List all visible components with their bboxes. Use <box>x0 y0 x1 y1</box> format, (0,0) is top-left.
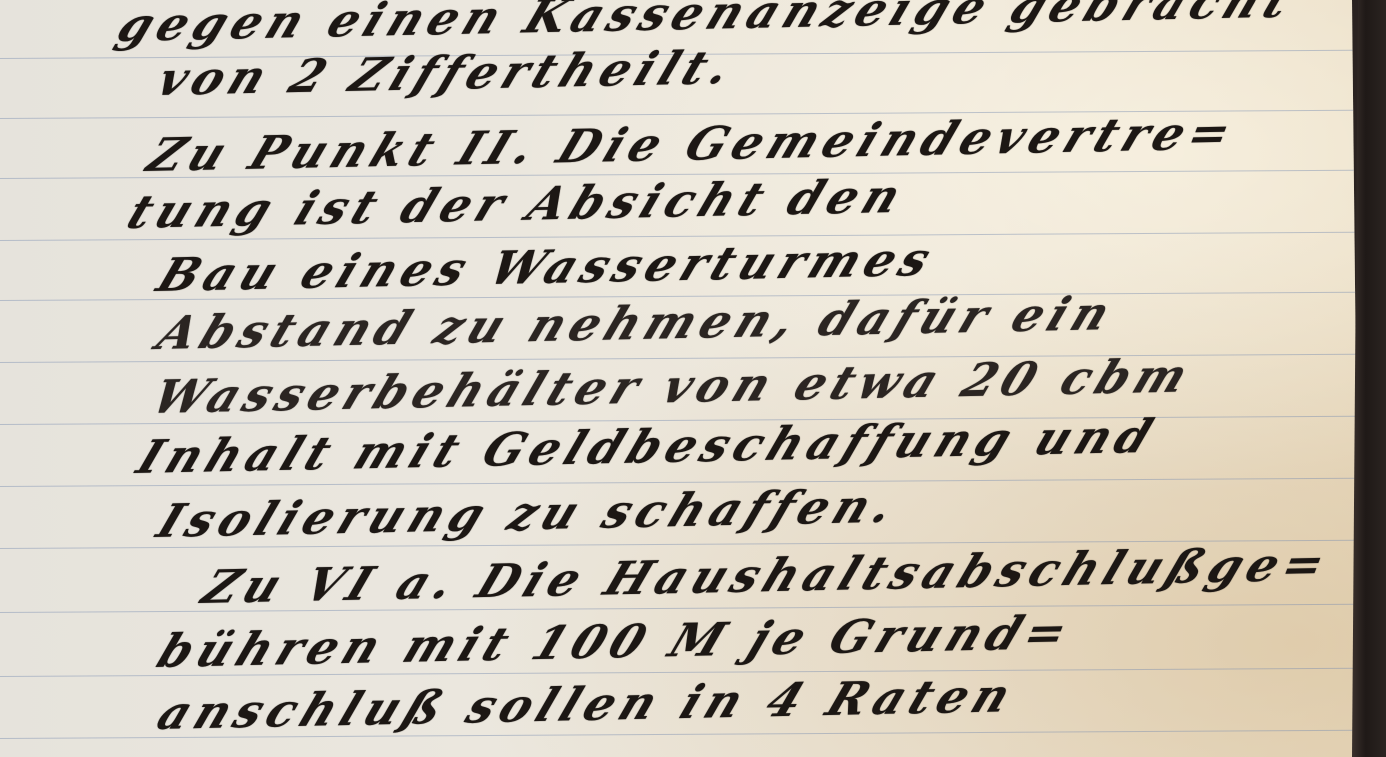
handwritten-line-2: von 2 Ziffertheilt. <box>150 40 745 106</box>
book-edge-background <box>1352 0 1386 757</box>
notebook-page: gegen einen Kassenanzeige gebracht von 2… <box>0 0 1360 757</box>
handwritten-line-11: bühren mit 100 M je Grund= <box>150 605 1082 678</box>
handwritten-line-9: Isolierung zu schaffen. <box>150 479 907 548</box>
handwritten-line-12: anschluß sollen in 4 Raten <box>150 668 1024 740</box>
manuscript-photo: gegen einen Kassenanzeige gebracht von 2… <box>0 0 1386 757</box>
handwritten-line-10: Zu VI a. Die Haushaltsabschlußge= <box>195 537 1339 614</box>
